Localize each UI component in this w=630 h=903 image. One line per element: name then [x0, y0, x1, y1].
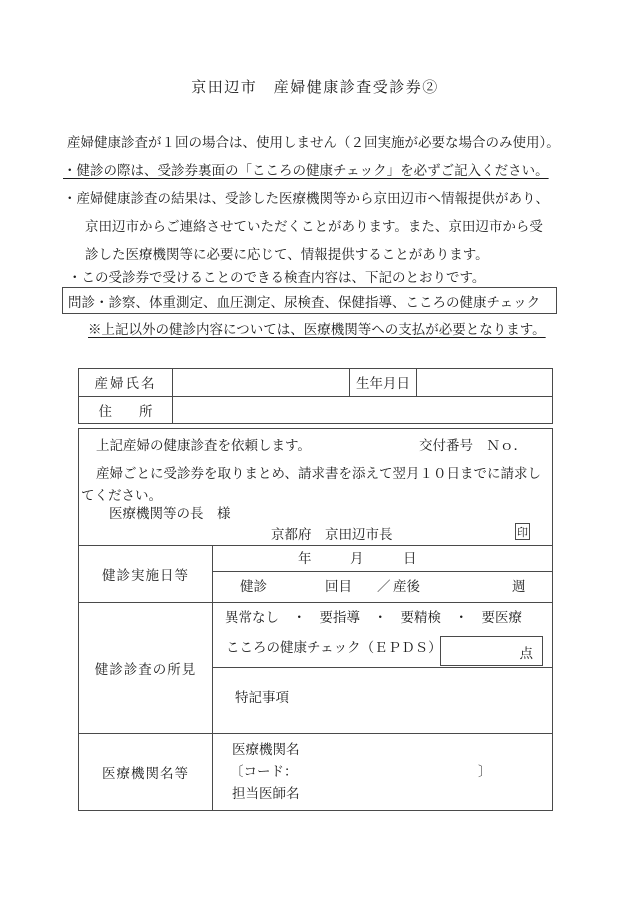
findings-label: 健診診査の所見 [79, 603, 213, 733]
day-label: 日 [403, 551, 417, 567]
patient-info-table: 産婦氏名 生年月日 住 所 [78, 368, 553, 424]
exam-date-section: 健診実施日等 年 月 日 健診 回目 ／ 産後 週 [79, 546, 552, 603]
billing-instruction-1: 産婦ごとに受診券を取りまとめ、請求書を添えて翌月１０日までに請求し [96, 466, 541, 482]
intro-line-results-2: 京田辺市からご連絡させていただくことがあります。また、京田辺市から受 [85, 219, 543, 235]
month-label: 月 [350, 551, 364, 567]
mayor-signature: 京都府 京田辺市長 [271, 527, 393, 543]
exam-round-row: 健診 回目 ／ 産後 週 [213, 572, 552, 601]
payment-note: ※上記以外の健診内容については、医療機関等への支払が必要となります。 [88, 322, 546, 338]
request-section: 上記産婦の健康診査を依頼します。 交付番号 Ｎｏ． 産婦ごとに受診券を取りまとめ… [79, 429, 552, 546]
epds-score-box: 点 [440, 636, 543, 666]
intro-line-results-1: ・産婦健康診査の結果は、受診した医療機関等から京田辺市へ情報提供があり、 [63, 191, 549, 207]
clinic-body: 医療機関名 〔コード： 〕 担当医師名 [213, 734, 552, 810]
exam-contents-text: 問診・診察、体重測定、血圧測定、尿検査、保健指導、こころの健康チェック [68, 291, 540, 311]
clinic-name-label: 医療機関名 [232, 742, 300, 758]
issue-number-label: 交付番号 Ｎｏ． [419, 438, 527, 454]
findings-options-row: 異常なし ・ 要指導 ・ 要精検 ・ 要医療 こころの健康チェック（ＥＰＤＳ） … [213, 603, 552, 668]
slash-separator: ／ [377, 579, 391, 595]
clinic-code-close: 〕 [478, 764, 492, 780]
visit-label: 健診 [240, 579, 267, 595]
patient-name-row: 産婦氏名 生年月日 [79, 369, 552, 397]
exam-date-label: 健診実施日等 [79, 546, 213, 602]
intro-line-contents: ・この受診券で受けることのできる検査内容は、下記のとおりです。 [68, 270, 485, 286]
birth-date-label: 生年月日 [350, 369, 417, 396]
doctor-name-label: 担当医師名 [232, 786, 300, 802]
year-label: 年 [298, 551, 312, 567]
epds-unit-label: 点 [520, 642, 534, 662]
clinic-label: 医療機関名等 [79, 734, 213, 810]
mother-name-value-cell [173, 369, 350, 396]
special-notes-row: 特記事項 [213, 668, 552, 733]
request-statement: 上記産婦の健康診査を依頼します。 [96, 438, 311, 454]
page-title: 京田辺市 産婦健康診査受診券② [0, 79, 630, 97]
voucher-document: 京田辺市 産婦健康診査受診券② 産婦健康診査が１回の場合は、使用しません（２回実… [0, 0, 630, 903]
billing-instruction-2: てください。 [81, 488, 162, 504]
address-value-cell [173, 397, 552, 424]
clinic-code-open: 〔コード： [230, 764, 298, 780]
special-notes-label: 特記事項 [235, 690, 289, 706]
request-form-table: 上記産婦の健康診査を依頼します。 交付番号 Ｎｏ． 産婦ごとに受診券を取りまとめ… [78, 428, 553, 811]
weeks-label: 週 [512, 579, 526, 595]
exam-date-ymd-row: 年 月 日 [213, 546, 552, 572]
intro-line-mind-check: ・健診の際は、受診券裏面の「こころの健康チェック」を必ずご記入ください。 [63, 163, 549, 179]
visit-count-label: 回目 [325, 579, 352, 595]
birth-date-value-cell [417, 369, 552, 396]
seal-box: 印 [515, 523, 530, 540]
address-row: 住 所 [79, 397, 552, 424]
clinic-section: 医療機関名等 医療機関名 〔コード： 〕 担当医師名 [79, 734, 552, 810]
seal-mark: 印 [517, 524, 528, 540]
exam-contents-box: 問診・診察、体重測定、血圧測定、尿検査、保健指導、こころの健康チェック [62, 287, 557, 314]
address-label: 住 所 [79, 397, 173, 424]
intro-line-results-3: 診した医療機関等に必要に応じて、情報提供することがあります。 [85, 247, 489, 263]
mother-name-label: 産婦氏名 [79, 369, 173, 396]
findings-section: 健診診査の所見 異常なし ・ 要指導 ・ 要精検 ・ 要医療 こころの健康チェッ… [79, 603, 552, 734]
postpartum-label: 産後 [393, 579, 420, 595]
findings-body: 異常なし ・ 要指導 ・ 要精検 ・ 要医療 こころの健康チェック（ＥＰＤＳ） … [213, 603, 552, 733]
findings-options: 異常なし ・ 要指導 ・ 要精検 ・ 要医療 [225, 610, 522, 626]
intro-line-usage: 産婦健康診査が１回の場合は、使用しません（２回実施が必要な場合のみ使用）。 [67, 135, 560, 151]
addressee-line: 医療機関等の長 様 [109, 506, 231, 522]
exam-date-body: 年 月 日 健診 回目 ／ 産後 週 [213, 546, 552, 602]
epds-label: こころの健康チェック（ＥＰＤＳ） [226, 640, 442, 656]
